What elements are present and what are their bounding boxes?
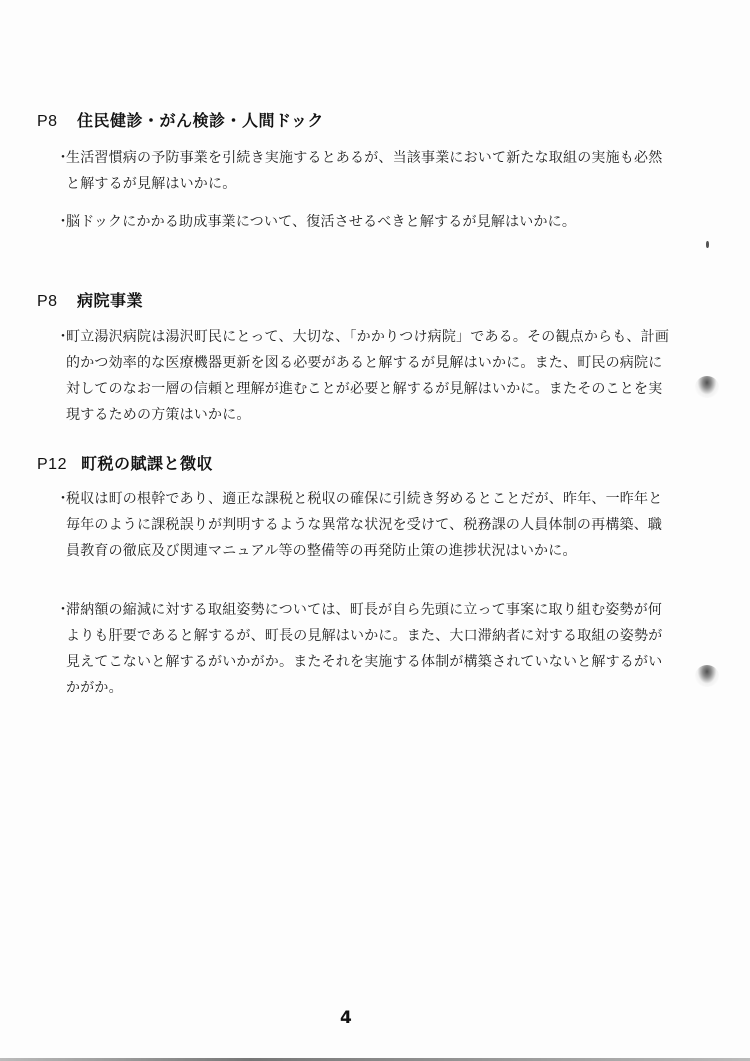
section-heading-hospital: P8病院事業 (37, 288, 143, 311)
bullet-text: 生活習慣病の予防事業を引続き実施するとあるが、当該事業において新たな取組の実施も… (66, 150, 662, 192)
bullet-item: ・生活習慣病の予防事業を引続き実施するとあるが、当該事業において新たな取組の実施… (56, 145, 676, 197)
bullet-text: 滞納額の縮減に対する取組姿勢については、町長が自ら先頭に立って事案に取り組む姿勢… (66, 602, 662, 696)
bullet-item: ・脳ドックにかかる助成事業について、復活させるべきと解するが見解はいかに。 (56, 209, 676, 235)
bullet-text: 町立湯沢病院は湯沢町民にとって、大切な、「かかりつけ病院」である。その観点からも… (66, 329, 669, 423)
bullet-marker: ・ (56, 324, 66, 350)
page-reference: P12 (37, 456, 81, 474)
document-page: P8住民健診・がん検診・人間ドック ・生活習慣病の予防事業を引続き実施するとある… (0, 0, 750, 1061)
bullet-marker: ・ (56, 597, 66, 623)
scan-speck (706, 241, 709, 248)
bullet-item: ・税収は町の根幹であり、適正な課税と税収の確保に引続き努めるとことだが、昨年、一… (56, 486, 676, 564)
bullet-item: ・滞納額の縮減に対する取組姿勢については、町長が自ら先頭に立って事案に取り組む姿… (56, 597, 676, 701)
punch-hole-mark (695, 376, 719, 398)
section-title: 町税の賦課と徴収 (81, 454, 213, 473)
section-title: 住民健診・がん検診・人間ドック (77, 111, 324, 130)
bullet-marker: ・ (56, 145, 66, 171)
punch-hole-mark (695, 665, 719, 687)
bullet-text: 税収は町の根幹であり、適正な課税と税収の確保に引続き努めるとことだが、昨年、一昨… (66, 491, 662, 559)
section-heading-health-checkup: P8住民健診・がん検診・人間ドック (37, 108, 324, 131)
bullet-text: 脳ドックにかかる助成事業について、復活させるべきと解するが見解はいかに。 (66, 214, 576, 230)
page-reference: P8 (37, 113, 77, 131)
section-heading-town-tax: P12町税の賦課と徴収 (37, 451, 213, 474)
bullet-item: ・町立湯沢病院は湯沢町民にとって、大切な、「かかりつけ病院」である。その観点から… (56, 324, 676, 428)
page-number: 4 (340, 1008, 352, 1028)
page-reference: P8 (37, 293, 77, 311)
section-title: 病院事業 (77, 291, 143, 310)
bullet-marker: ・ (56, 486, 66, 512)
bullet-marker: ・ (56, 209, 66, 235)
